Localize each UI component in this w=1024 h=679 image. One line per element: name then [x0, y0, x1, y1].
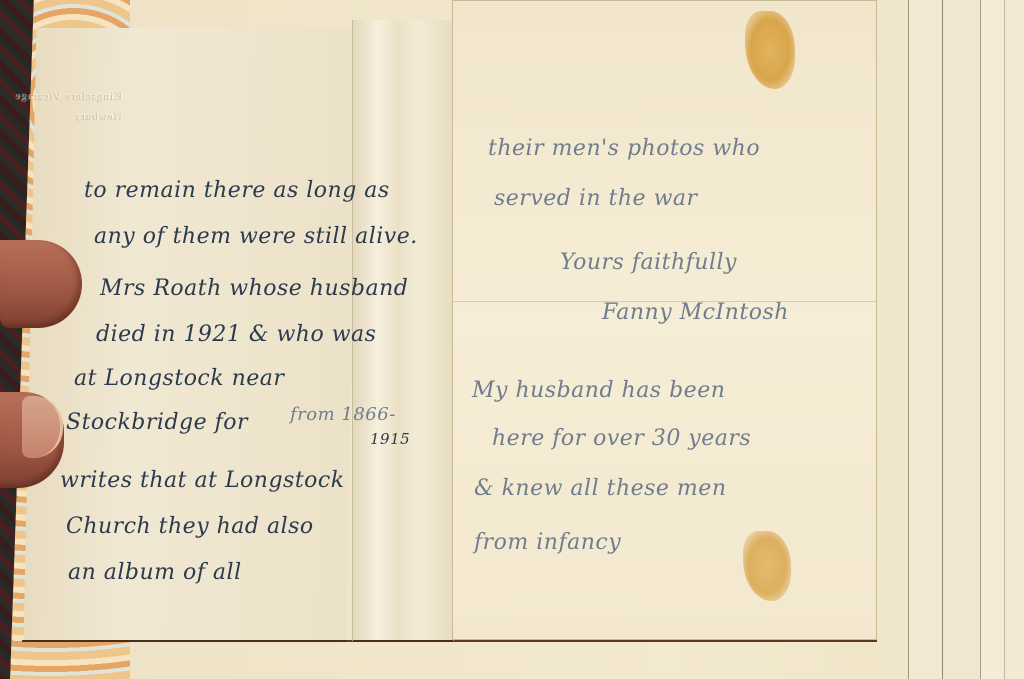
handwritten-line: an album of all [68, 560, 242, 585]
letterhead-line: Kingsclere Vicarage [15, 86, 124, 106]
handwritten-line: Mrs Roath whose husband [100, 276, 408, 301]
postscript-line: & knew all these men [474, 476, 726, 501]
handwritten-line: died in 1921 & who was [96, 322, 376, 347]
handwritten-line: their men's photos who [488, 136, 760, 161]
photo-scene: Kingsclere Vicarage Newbury to remain th… [0, 0, 1024, 679]
postscript-line: from infancy [474, 530, 621, 555]
handwritten-line: served in the war [494, 186, 698, 211]
handwritten-line: writes that at Longstock [60, 468, 345, 493]
handwritten-line: any of them were still alive. [94, 224, 418, 249]
embossed-letterhead: Kingsclere Vicarage Newbury [14, 86, 123, 126]
glue-stain [743, 531, 791, 601]
letter-closing: Yours faithfully [560, 250, 737, 275]
handwritten-line: to remain there as long as [84, 178, 390, 203]
handwritten-line: 1915 [370, 430, 410, 448]
handwritten-line: from 1866- [290, 404, 396, 425]
postscript-line: here for over 30 years [492, 426, 751, 451]
album-page-edges [894, 0, 1024, 679]
letter-signature: Fanny McIntosh [602, 300, 789, 325]
letterhead-line: Newbury [14, 106, 123, 126]
handwritten-line: Stockbridge for [66, 410, 248, 435]
postscript-line: My husband has been [472, 378, 725, 403]
letter-sheet: Kingsclere Vicarage Newbury to remain th… [22, 28, 877, 640]
handwritten-line: Church they had also [66, 514, 314, 539]
handwritten-line: at Longstock near [74, 366, 284, 391]
glue-stain [745, 11, 795, 89]
